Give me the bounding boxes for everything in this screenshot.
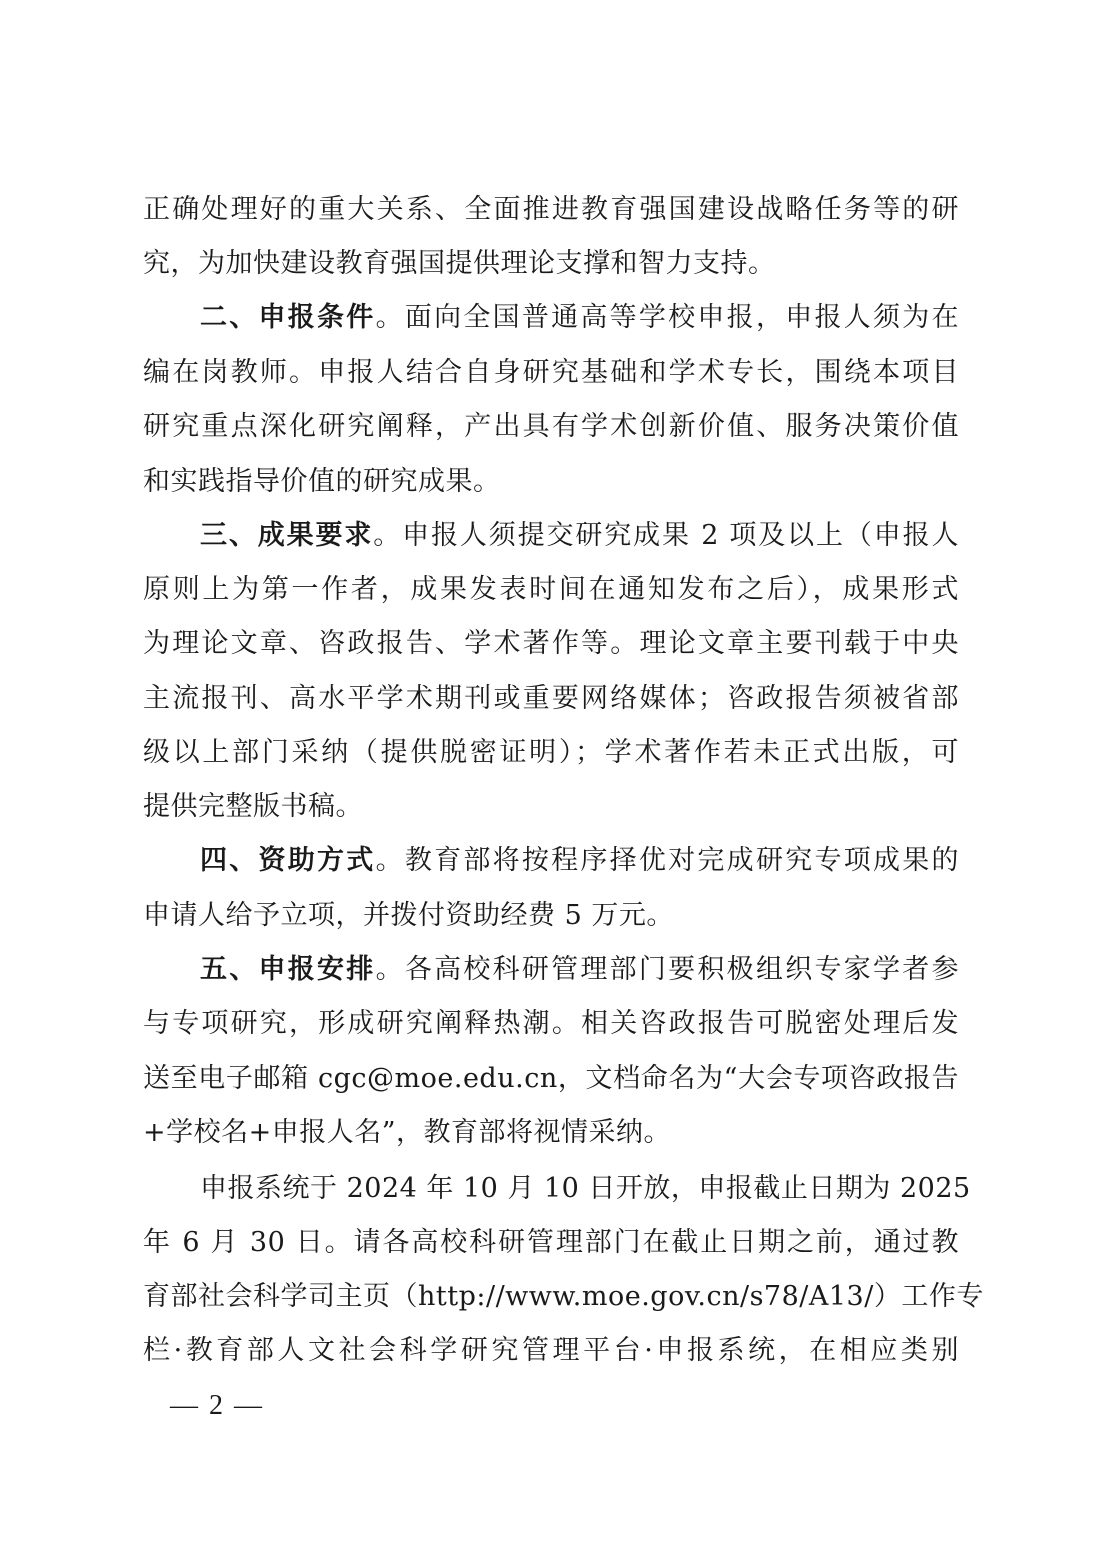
paragraph-text: 。面向全国普通高等学校申报，申报人须为在 — [376, 302, 959, 333]
paragraph-line: 原则上为第一作者，成果发表时间在通知发布之后），成果形式 — [143, 570, 959, 610]
paragraph-line: 正确处理好的重大关系、全面推进教育强国建设战略任务等的研 — [143, 190, 959, 230]
section-heading-line: 三、成果要求。申报人须提交研究成果 2 项及以上（申报人 — [200, 516, 959, 556]
page-number: — 2 — — [170, 1386, 264, 1426]
paragraph-line: 究，为加快建设教育强国提供理论支撑和智力支持。 — [143, 244, 959, 284]
paragraph-line: 编在岗教师。申报人结合自身研究基础和学术专长，围绕本项目 — [143, 353, 959, 393]
paragraph-line: 级以上部门采纳（提供脱密证明）；学术著作若未正式出版，可 — [143, 733, 959, 773]
section-heading: 四、资助方式 — [200, 845, 376, 876]
paragraph-text: 。教育部将按程序择优对完成研究专项成果的 — [376, 845, 959, 876]
paragraph-text: 。各高校科研管理部门要积极组织专家学者参 — [376, 954, 959, 985]
paragraph-line: 与专项研究，形成研究阐释热潮。相关咨政报告可脱密处理后发 — [143, 1004, 959, 1044]
document-page: 正确处理好的重大关系、全面推进教育强国建设战略任务等的研 究，为加快建设教育强国… — [0, 0, 1102, 1559]
section-heading-line: 五、申报安排。各高校科研管理部门要积极组织专家学者参 — [200, 950, 959, 990]
paragraph-line: 主流报刊、高水平学术期刊或重要网络媒体；咨政报告须被省部 — [143, 679, 959, 719]
paragraph-line-email: 送至电子邮箱 cgc@moe.edu.cn，文档命名为“大会专项咨政报告 — [143, 1059, 959, 1099]
paragraph-line: 栏·教育部人文社会科学研究管理平台·申报系统，在相应类别 — [143, 1331, 959, 1371]
paragraph-line: 研究重点深化研究阐释，产出具有学术创新价值、服务决策价值 — [143, 407, 959, 447]
paragraph-line: 申报系统于 2024 年 10 月 10 日开放，申报截止日期为 2025 — [200, 1169, 959, 1209]
paragraph-line: +学校名+申报人名”，教育部将视情采纳。 — [143, 1113, 959, 1153]
paragraph-line: 申请人给予立项，并拨付资助经费 5 万元。 — [143, 896, 959, 936]
section-heading: 五、申报安排 — [200, 954, 376, 985]
section-heading-line: 四、资助方式。教育部将按程序择优对完成研究专项成果的 — [200, 841, 959, 881]
section-heading: 三、成果要求 — [200, 520, 373, 551]
paragraph-line: 为理论文章、咨政报告、学术著作等。理论文章主要刊载于中央 — [143, 624, 959, 664]
paragraph-line-url: 育部社会科学司主页（http://www.moe.gov.cn/s78/A13/… — [143, 1277, 959, 1317]
section-heading: 二、申报条件 — [200, 302, 376, 333]
paragraph-text: 。申报人须提交研究成果 2 项及以上（申报人 — [373, 520, 959, 551]
paragraph-line: 提供完整版书稿。 — [143, 787, 959, 827]
paragraph-line: 年 6 月 30 日。请各高校科研管理部门在截止日期之前，通过教 — [143, 1223, 959, 1263]
section-heading-line: 二、申报条件。面向全国普通高等学校申报，申报人须为在 — [200, 298, 959, 338]
paragraph-line: 和实践指导价值的研究成果。 — [143, 462, 959, 502]
